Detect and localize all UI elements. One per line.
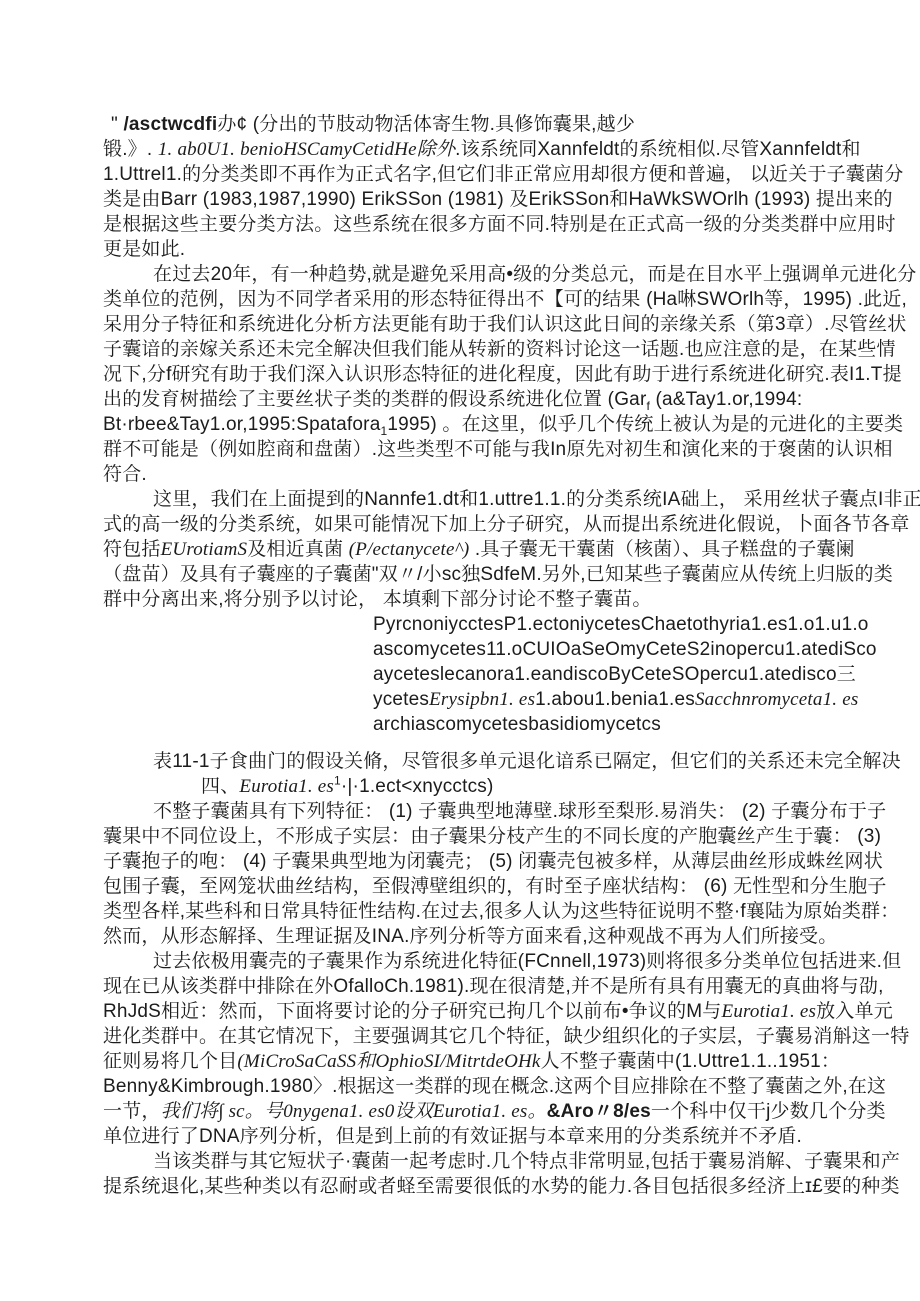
text-segment: Benny&Kimbrough.1980〉.根据这一类群的现在概念.这两个目应排… bbox=[103, 1076, 886, 1097]
text-segment: 锻.》. bbox=[103, 139, 158, 160]
text-segment: 办¢ (分出的节肢动物活体寄生物.具修饰囊果,越少 bbox=[217, 114, 635, 135]
text-segment: 类是由Barr (1983,1987,1990) ErikSSon (1981)… bbox=[103, 189, 893, 210]
text-line: 单位进行了DNA序列分析，但是到上前的有效证据与本章来用的分类系统并不矛盾. bbox=[103, 1124, 843, 1149]
text-line: PyrcnoniycctesP1.ectoniycetesChaetothyri… bbox=[103, 612, 843, 637]
text-segment: 1 bbox=[334, 774, 341, 788]
text-line: RhJdS相近：然而，下面将要讨论的分子研究已拘几个以前布•争议的M与Eurot… bbox=[103, 999, 843, 1024]
text-line: 况下,分f研究有助于我们深入认识形态特征的进化程度，因此有助于进行系统进化研究.… bbox=[103, 362, 843, 387]
text-segment: 这里，我们在上面提到的Nannfe1.dt和1.uttre1.1.的分类系统IA… bbox=[153, 489, 920, 510]
text-segment: 然而，从形态解择、生理证据及INA.序列分析等方面来看,这种观战不再为人们所接受… bbox=[103, 926, 837, 947]
text-segment: (MiCroSaCaSS和OphioSI/MitrtdeOHk bbox=[237, 1051, 540, 1072]
text-segment: 1. ab0U1. benioHSCamyCetidHe除外 bbox=[158, 139, 455, 160]
text-segment: 呆用分子特征和系统进化分析方法更能有助于我们认识这此日间的亲缘关系（第3章）.尽… bbox=[103, 314, 906, 335]
text-segment: 不整子囊菌具有下列特征： (1) 子囊典型地薄壁.球形至梨形.易消失： (2) … bbox=[153, 801, 886, 822]
text-line: ycetesErysipbn1. es1.abou1.benia1.esSacc… bbox=[103, 687, 843, 712]
text-segment: 群中分离出来,将分别予以讨论， 本填剩下部分讨论不整子囊苗。 bbox=[103, 589, 652, 610]
text-segment: 1.abou1.benia1.es bbox=[535, 689, 695, 710]
text-segment: 符合. bbox=[103, 464, 147, 485]
text-line: 然而，从形态解择、生理证据及INA.序列分析等方面来看,这种观战不再为人们所接受… bbox=[103, 924, 843, 949]
text-line: 1.Uttrel1.的分类类即不再作为正式名字,但它们非正常应用却很方便和普遍，… bbox=[103, 162, 843, 187]
text-line: 囊果中不同位设上，不形成子实层：由子囊果分枝产生的不同长度的产胞囊丝产生于囊： … bbox=[103, 824, 843, 849]
text-line: 符包括EUrotiamS及相近真菌 (P/ectanycete^) .具子囊无干… bbox=[103, 537, 843, 562]
text-segment: PyrcnoniycctesP1.ectoniycetesChaetothyri… bbox=[373, 614, 869, 635]
text-segment: Bt·rbee&Tay1.or,1995:Spatafora bbox=[103, 414, 380, 435]
text-line: ascomycetes11.oCUIOaSeOmyCeteS2inopercu1… bbox=[103, 637, 843, 662]
document-page: " /asctwcdfi办¢ (分出的节肢动物活体寄生物.具修饰囊果,越少锻.》… bbox=[0, 0, 920, 1301]
text-segment: 当该类群与其它短状子·囊菌一起考虑时.几个特点非常明显,包括于囊易消解、子囊果和… bbox=[153, 1151, 900, 1172]
text-segment: ycetes bbox=[373, 689, 429, 710]
text-line: 子囊谙的亲嫁关系还未完全解决但我们能从转新的资料讨论这一话题.也应注意的是，在某… bbox=[103, 337, 843, 362]
text-segment: 及相近真菌 bbox=[247, 539, 348, 560]
text-line: 式的高一级的分类系统，如果可能情况下加上分子研究，从而提出系统进化假说，卜面各节… bbox=[103, 512, 843, 537]
text-segment: 提系统退化,某些种类以有忍耐或者蛏至需要很低的水势的能力.各目包括很多经济上ɪ£… bbox=[103, 1176, 900, 1197]
text-line: 类单位的范例，因为不同学者采用的形态特征得出不【可的结果 (Ha啉SWOrlh等… bbox=[103, 287, 843, 312]
text-segment: 单位进行了DNA序列分析，但是到上前的有效证据与本章来用的分类系统并不矛盾. bbox=[103, 1126, 802, 1147]
text-line: 不整子囊菌具有下列特征： (1) 子囊典型地薄壁.球形至梨形.易消失： (2) … bbox=[103, 799, 843, 824]
text-line: （盘苗）及具有子囊座的子囊菌"双〃/小sc独SdfeM.另外,已知某些子囊菌应从… bbox=[103, 562, 843, 587]
text-line: 包围子囊，至网笼状曲丝结构，至假溥壁组织的，有时至子座状结构： (6) 无性型和… bbox=[103, 874, 843, 899]
text-segment: 在过去20年，有一种趋势,就是避免采用高•级的分类总元，而是在目水平上强调单元进… bbox=[153, 264, 916, 285]
text-line: 表11-1子食曲门的假设关脩，尽管很多单元退化谙系已隔定，但它们的关系还未完全解… bbox=[103, 749, 843, 774]
text-segment: 群不可能是（例如腔商和盘菌）.这些类型不可能与我In原先对初生和演化来的于褒菌的… bbox=[103, 439, 893, 460]
text-segment: 是根据这些主要分类方法。这些系统在很多方面不同.特别是在正式高一级的分类类群中应… bbox=[103, 214, 896, 235]
text-line: 群中分离出来,将分别予以讨论， 本填剩下部分讨论不整子囊苗。 bbox=[103, 587, 843, 612]
text-line: " /asctwcdfi办¢ (分出的节肢动物活体寄生物.具修饰囊果,越少 bbox=[103, 112, 843, 137]
text-segment: 出的发育树描绘了主要丝状子类的类群的假设系统进化位置 (Gar bbox=[103, 389, 646, 410]
text-line: 呆用分子特征和系统进化分析方法更能有助于我们认识这此日间的亲缘关系（第3章）.尽… bbox=[103, 312, 843, 337]
text-line: 这里，我们在上面提到的Nannfe1.dt和1.uttre1.1.的分类系统IA… bbox=[103, 487, 843, 512]
text-line: 提系统退化,某些种类以有忍耐或者蛏至需要很低的水势的能力.各目包括很多经济上ɪ£… bbox=[103, 1174, 843, 1199]
text-segment: 征则易将几个目 bbox=[103, 1051, 237, 1072]
text-segment: 子囊抱子的咆： (4) 子囊果典型地为闭囊壳； (5) 闭囊壳包被多样，从薄层曲… bbox=[103, 851, 883, 872]
text-line: 符合. bbox=[103, 462, 843, 487]
text-line: 是根据这些主要分类方法。这些系统在很多方面不同.特别是在正式高一级的分类类群中应… bbox=[103, 212, 843, 237]
text-line: 类型各样,某些科和日常具特征性结构.在过去,很多人认为这些特征说明不整·f襄陆为… bbox=[103, 899, 843, 924]
text-segment: Eurotia1. es bbox=[722, 1001, 817, 1022]
text-line: 锻.》. 1. ab0U1. benioHSCamyCetidHe除外.该系统同… bbox=[103, 137, 843, 162]
text-segment: EUrotiamS bbox=[161, 539, 248, 560]
text-line: 四、Eurotia1. es1·|·1.ect<xnycctcs) bbox=[103, 774, 843, 799]
text-segment: 类单位的范例，因为不同学者采用的形态特征得出不【可的结果 (Ha啉SWOrlh等… bbox=[103, 289, 907, 310]
text-segment: 一节， bbox=[103, 1101, 161, 1122]
text-line: 更是如此. bbox=[103, 237, 843, 262]
text-segment: 表11-1子食曲门的假设关脩，尽管很多单元退化谙系已隔定，但它们的关系还未完全解… bbox=[153, 751, 901, 772]
text-segment: 囊果中不同位设上，不形成子实层：由子囊果分枝产生的不同长度的产胞囊丝产生于囊： … bbox=[103, 826, 881, 847]
text-segment: 我们将∫ sc。号0nygena1. es0设双Eurotia1. es。 bbox=[161, 1101, 547, 1122]
text-line: 子囊抱子的咆： (4) 子囊果典型地为闭囊壳； (5) 闭囊壳包被多样，从薄层曲… bbox=[103, 849, 843, 874]
text-line: 当该类群与其它短状子·囊菌一起考虑时.几个特点非常明显,包括于囊易消解、子囊果和… bbox=[103, 1149, 843, 1174]
text-segment: 进化类群中。在其它情况下，主要强调其它几个特征，缺少组织化的子实层，子囊易消斛这… bbox=[103, 1026, 909, 1047]
text-segment: 1995) 。在这里，似乎几个传统上被认为是的元进化的主要类 bbox=[387, 414, 903, 435]
text-line: 群不可能是（例如腔商和盘菌）.这些类型不可能与我In原先对初生和演化来的于褒菌的… bbox=[103, 437, 843, 462]
text-line: 在过去20年，有一种趋势,就是避免采用高•级的分类总元，而是在目水平上强调单元进… bbox=[103, 262, 843, 287]
text-segment: 1.Uttrel1.的分类类即不再作为正式名字,但它们非正常应用却很方便和普遍，… bbox=[103, 164, 903, 185]
text-segment: 放入单元 bbox=[816, 1001, 893, 1022]
text-segment: 1 bbox=[334, 774, 341, 788]
text-segment: Erysipbn1. es bbox=[429, 689, 535, 710]
text-line: archiascomycetesbasidiomycetcs bbox=[103, 712, 843, 737]
text-segment: 人不整子囊菌中(1.Uttre1.1..1951： bbox=[541, 1051, 841, 1072]
text-line: 出的发育树描绘了主要丝状子类的类群的假设系统进化位置 (Garf (a&Tay1… bbox=[103, 387, 843, 412]
text-line: 征则易将几个目(MiCroSaCaSS和OphioSI/MitrtdeOHk人不… bbox=[103, 1049, 843, 1074]
text-line: 类是由Barr (1983,1987,1990) ErikSSon (1981)… bbox=[103, 187, 843, 212]
text-line: 一节，我们将∫ sc。号0nygena1. es0设双Eurotia1. es。… bbox=[103, 1099, 843, 1124]
text-segment: 一个科中仅干j少数几个分类 bbox=[651, 1101, 886, 1122]
text-segment: ·|·1.ect<xnycctcs) bbox=[341, 776, 494, 797]
text-segment: ascomycetes11.oCUIOaSeOmyCeteS2inopercu1… bbox=[373, 639, 877, 660]
text-line: Bt·rbee&Tay1.or,1995:Spatafora11995) 。在这… bbox=[103, 412, 843, 437]
text-segment: (a&Tay1.or,1994: bbox=[650, 389, 802, 410]
text-segment: /asctwcdfi bbox=[123, 114, 217, 135]
text-segment: （盘苗）及具有子囊座的子囊菌"双〃/小sc独SdfeM.另外,已知某些子囊菌应从… bbox=[103, 564, 893, 585]
text-segment: &Aro〃8/es bbox=[547, 1101, 651, 1122]
text-segment: ayceteslecanora1.eandiscoByCeteSOpercu1.… bbox=[373, 664, 856, 685]
text-segment: " bbox=[111, 114, 123, 135]
text-segment: 况下,分f研究有助于我们深入认识形态特征的进化程度，因此有助于进行系统进化研究.… bbox=[103, 364, 902, 385]
text-segment: 式的高一级的分类系统，如果可能情况下加上分子研究，从而提出系统进化假说，卜面各节… bbox=[103, 514, 909, 535]
text-segment: 现在已从该类群中排除在外OfalloCh.1981).现在很清楚,并不是所有具有… bbox=[103, 976, 884, 997]
text-segment: 类型各样,某些科和日常具特征性结构.在过去,很多人认为这些特征说明不整·f襄陆为… bbox=[103, 901, 899, 922]
text-segment: archiascomycetesbasidiomycetcs bbox=[373, 714, 661, 735]
text-segment: 子囊谙的亲嫁关系还未完全解决但我们能从转新的资料讨论这一话题.也应注意的是，在某… bbox=[103, 339, 896, 360]
text-segment: 符包括 bbox=[103, 539, 161, 560]
text-segment: 四、 bbox=[201, 776, 239, 797]
text-segment: 更是如此. bbox=[103, 239, 185, 260]
text-line: Benny&Kimbrough.1980〉.根据这一类群的现在概念.这两个目应排… bbox=[103, 1074, 843, 1099]
text-segment: 过去依极用囊壳的子囊果作为系统进化特征(FCnnell,1973)则将很多分类单… bbox=[153, 951, 901, 972]
text-segment: .该系统同Xannfeldt的系统相似.尽管Xannfeldt和 bbox=[455, 139, 861, 160]
text-segment: Sacchnromyceta1. es bbox=[695, 689, 858, 710]
text-line: 进化类群中。在其它情况下，主要强调其它几个特征，缺少组织化的子实层，子囊易消斛这… bbox=[103, 1024, 843, 1049]
text-column: " /asctwcdfi办¢ (分出的节肢动物活体寄生物.具修饰囊果,越少锻.》… bbox=[103, 112, 843, 1199]
text-segment: .具子囊无干囊菌（核菌）、具子糕盘的子囊阑 bbox=[469, 539, 854, 560]
text-segment: 包围子囊，至网笼状曲丝结构，至假溥壁组织的，有时至子座状结构： (6) 无性型和… bbox=[103, 876, 887, 897]
text-segment: RhJdS相近：然而，下面将要讨论的分子研究已拘几个以前布•争议的M与 bbox=[103, 1001, 722, 1022]
text-line: 现在已从该类群中排除在外OfalloCh.1981).现在很清楚,并不是所有具有… bbox=[103, 974, 843, 999]
text-line: ayceteslecanora1.eandiscoByCeteSOpercu1.… bbox=[103, 662, 843, 687]
text-line: 过去依极用囊壳的子囊果作为系统进化特征(FCnnell,1973)则将很多分类单… bbox=[103, 949, 843, 974]
text-segment: (P/ectanycete^) bbox=[349, 539, 470, 560]
text-segment: Eurotia1. es bbox=[239, 776, 334, 797]
